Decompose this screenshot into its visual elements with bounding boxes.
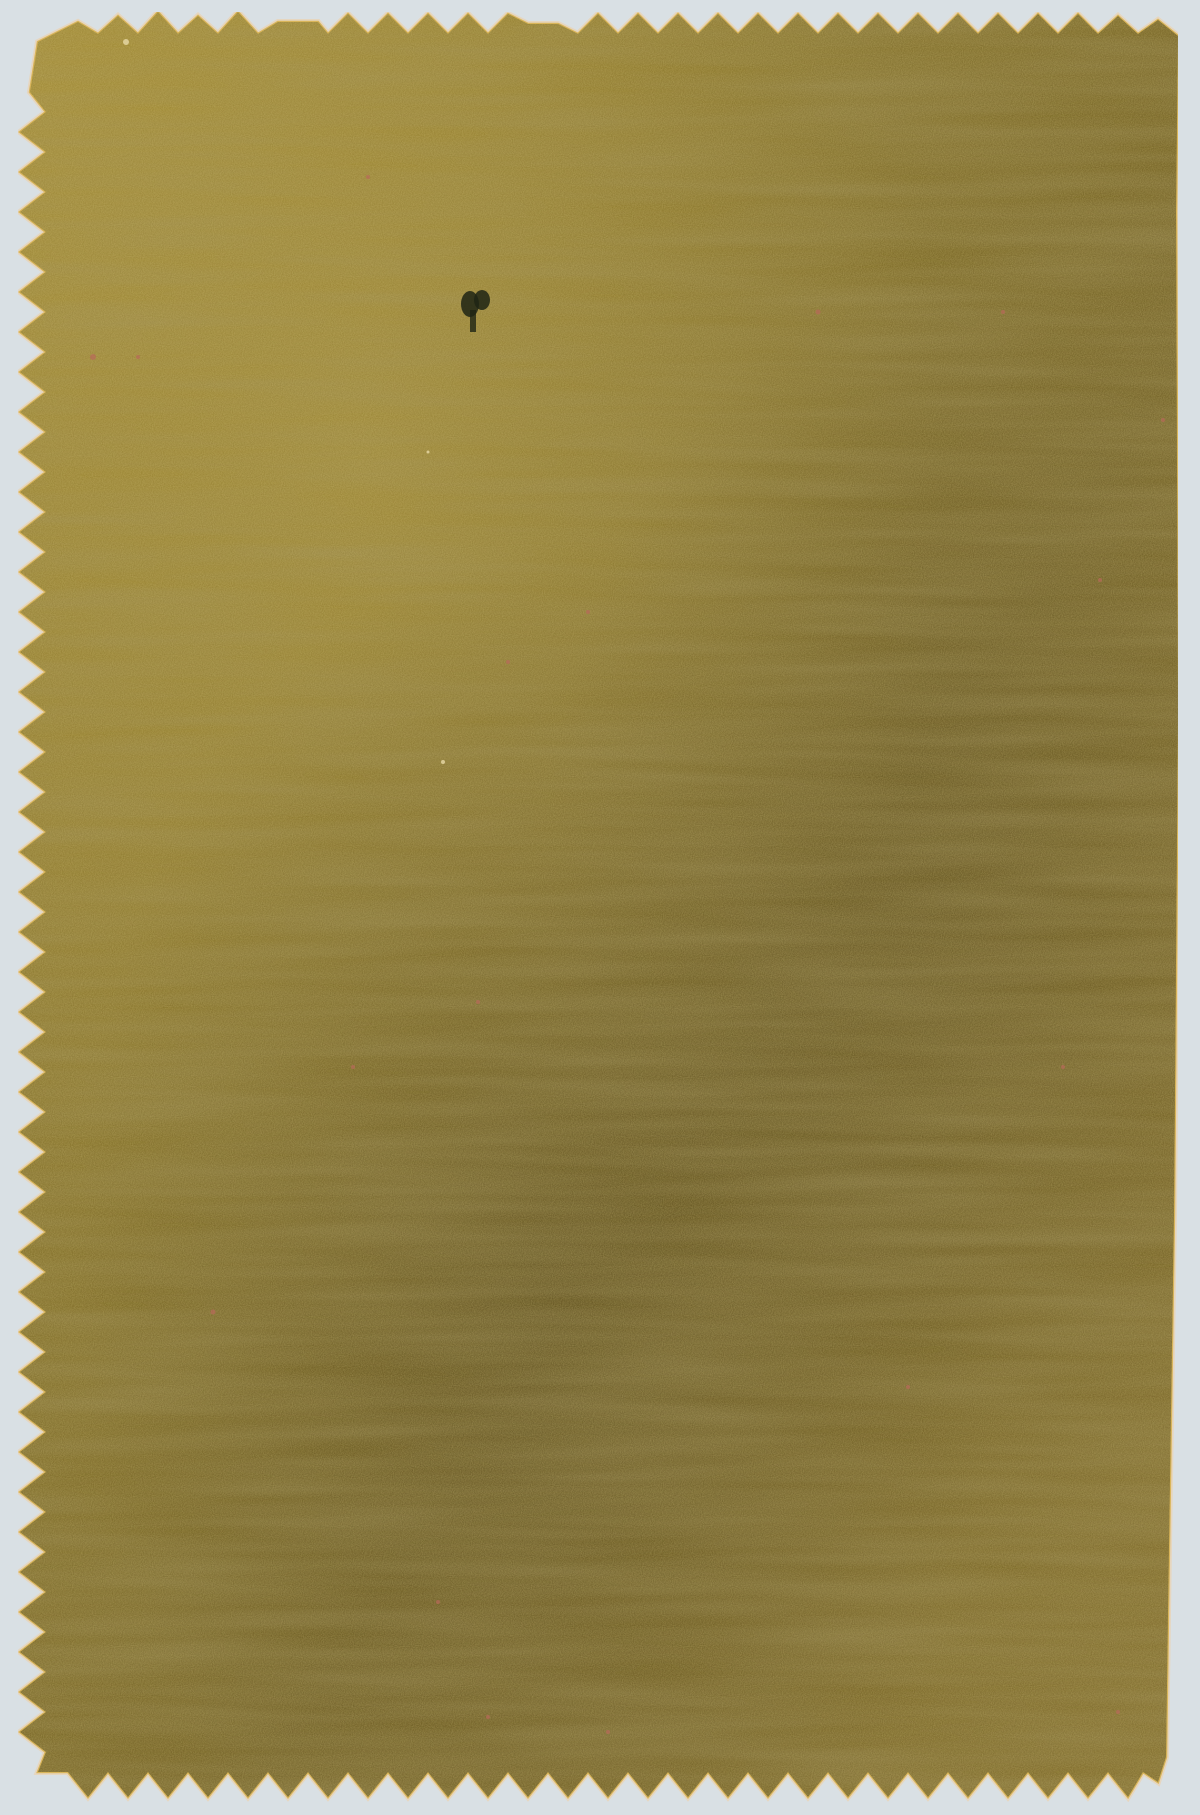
gold-leaf-surface bbox=[18, 12, 1178, 1802]
gilded-card bbox=[18, 12, 1178, 1802]
